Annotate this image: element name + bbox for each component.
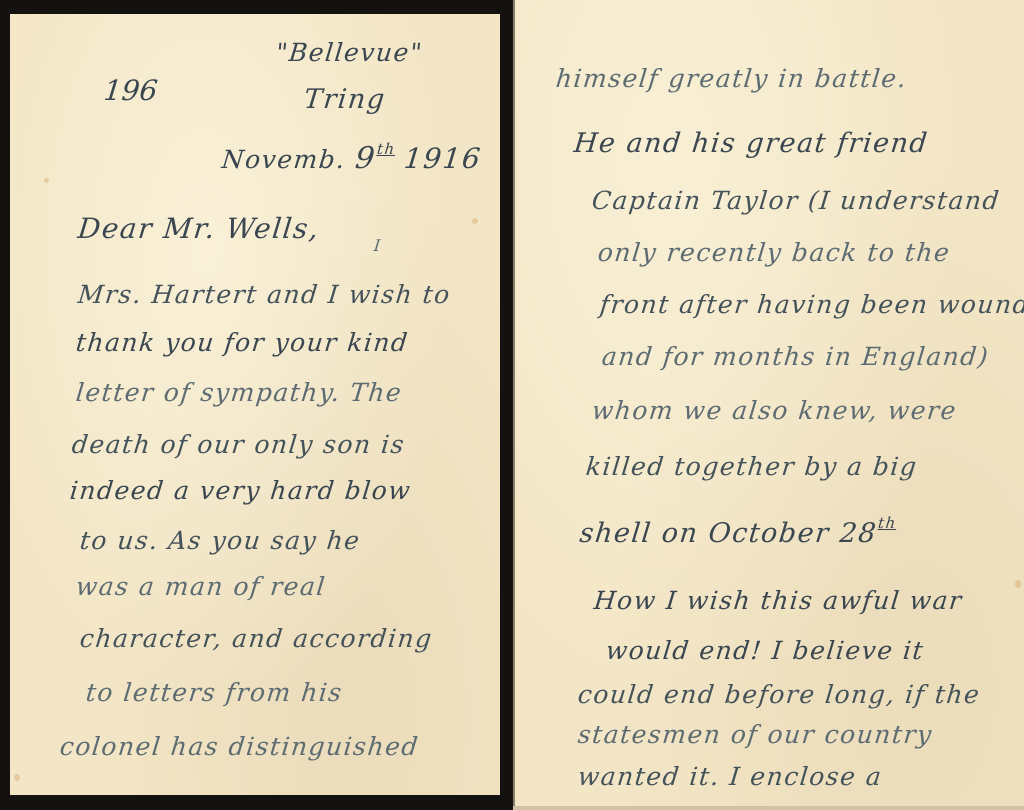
letter-line: wanted it. I enclose a: [576, 762, 883, 791]
letter-date: Novemb. 9th 1916: [220, 140, 483, 176]
letter-line-text: shell on October 28: [578, 518, 879, 549]
letter-line: to letters from his: [84, 678, 344, 707]
foxing-spot: [1015, 580, 1021, 588]
date-suffix: th: [877, 514, 898, 532]
letter-line: Mrs. Hartert and I wish to: [76, 280, 452, 309]
letter-line: could end before long, if the: [576, 680, 981, 709]
address-house: "Bellevue": [274, 38, 424, 67]
letter-line: He and his great friend: [572, 128, 930, 159]
letter-line: Captain Taylor (I understand: [590, 186, 1001, 215]
letter-line: would end! I believe it: [604, 636, 925, 665]
letter-line: himself greatly in battle.: [554, 64, 908, 93]
letter-line: How I wish this awful war: [592, 586, 964, 615]
letter-line: colonel has distinguished: [58, 732, 420, 761]
letter-line: killed together by a big: [584, 452, 919, 481]
foxing-spot: [472, 218, 478, 224]
letter-line: statesmen of our country: [576, 720, 934, 749]
letter-line: death of our only son is: [70, 430, 406, 459]
letter-line: letter of sympathy. The: [74, 378, 403, 407]
salutation: Dear Mr. Wells,: [76, 212, 321, 245]
letter-line: only recently back to the: [596, 238, 952, 267]
letter-line: whom we also knew, were: [590, 396, 958, 425]
date-day: 9: [354, 141, 378, 176]
letter-line: was a man of real: [74, 572, 327, 601]
letter-page-left: 196 "Bellevue" Tring Novemb. 9th 1916 I …: [0, 0, 512, 810]
letter-line: character, and according: [78, 624, 434, 653]
foxing-spot: [14, 774, 20, 781]
letter-line-date: shell on October 28th: [578, 514, 898, 549]
folio-number: 196: [102, 74, 159, 107]
letter-line: front after having been wounded: [598, 290, 1024, 319]
page-edge: [513, 806, 1024, 810]
letter-line: indeed a very hard blow: [68, 476, 412, 505]
letter-line: thank you for your kind: [74, 328, 410, 357]
letter-line: to us. As you say he: [78, 526, 362, 555]
letter-line: and for months in England): [600, 342, 990, 371]
date-day-suffix: th: [376, 140, 397, 158]
foxing-spot: [44, 178, 49, 183]
date-month: Novemb.: [220, 145, 347, 174]
date-year: 1916: [402, 142, 483, 175]
address-town: Tring: [302, 84, 387, 115]
